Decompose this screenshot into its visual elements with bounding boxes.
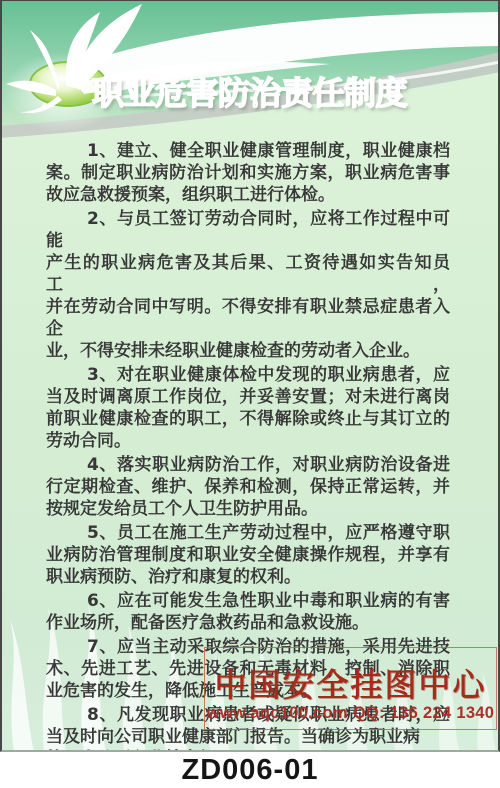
text-line: 4、落实职业病防治工作，对职业病防治设备进 <box>46 454 450 476</box>
text-line: 按规定发给员工个人卫生防护用品。 <box>46 498 450 520</box>
text-line: 业病防治管理制度和职业安全健康操作规程，并享有 <box>46 544 450 566</box>
watermark-brand-text: 中国安全挂图中心 <box>214 668 486 702</box>
watermark-contact-text: www.aqc100.com QQ: 136 224 1340 <box>207 703 495 723</box>
paragraph: 2、与员工签订劳动合同时，应将工作过程中可能产生的职业病危害及其后果、工资待遇如… <box>46 208 450 362</box>
paragraph: 1、建立、健全职业健康管理制度，职业健康档案。制定职业病防治计划和实施方案，职业… <box>46 140 450 206</box>
paragraph: 3、对在职业健康体检中发现的职业病患者，应当及时调离原工作岗位，并妥善安置；对未… <box>46 364 450 452</box>
paragraph: 4、落实职业病防治工作，对职业病防治设备进行定期检查、维护、保养和检测，保持正常… <box>46 454 450 520</box>
text-line: 5、员工在施工生产劳动过程中，应严格遵守职 <box>46 522 450 544</box>
paragraph: 5、员工在施工生产劳动过程中，应严格遵守职业病防治管理制度和职业安全健康操作规程… <box>46 522 450 588</box>
text-line: 故应急救援预案，组织职工进行体检。 <box>46 184 450 206</box>
text-line: 作业场所，配备医疗急救药品和急救设施。 <box>46 612 450 634</box>
text-line: 6、应在可能发生急性职业中毒和职业病的有害 <box>46 590 450 612</box>
text-line: 并在劳动合同中写明。不得安排有职业禁忌症患者入企 <box>46 296 450 340</box>
poster: 职业危害防治责任制度 1、建立、健全职业健康管理制度，职业健康档案。制定职业病防… <box>0 0 500 752</box>
footer-strip: ZD006-01 <box>0 752 500 788</box>
poster-canvas: 职业危害防治责任制度 1、建立、健全职业健康管理制度，职业健康档案。制定职业病防… <box>0 0 500 788</box>
text-line: 业，不得安排未经职业健康检查的劳动者入企业。 <box>46 340 450 362</box>
watermark-box: 中国安全挂图中心 www.aqc100.com QQ: 136 224 1340 <box>204 647 497 730</box>
text-line: 3、对在职业健康体检中发现的职业病患者，应 <box>46 364 450 386</box>
text-line: 1、建立、健全职业健康管理制度，职业健康档 <box>46 140 450 162</box>
poster-code: ZD006-01 <box>182 754 319 787</box>
text-line: 产生的职业病危害及其后果、工资待遇如实告知员工， <box>46 252 450 296</box>
text-line: 案。制定职业病防治计划和实施方案，职业病危害事 <box>46 162 450 184</box>
poster-title: 职业危害防治责任制度 <box>92 68 407 114</box>
text-line: 当及时调离原工作岗位，并妥善安置；对未进行离岗 <box>46 386 450 408</box>
text-line: 行定期检查、维护、保养和检测，保持正常运转，并 <box>46 476 450 498</box>
text-line: 2、与员工签订劳动合同时，应将工作过程中可能 <box>46 208 450 252</box>
text-line: 职业病预防、治疗和康复的权利。 <box>46 566 450 588</box>
paragraph: 6、应在可能发生急性职业中毒和职业病的有害作业场所，配备医疗急救药品和急救设施。 <box>46 590 450 634</box>
text-line: 前职业健康检查的职工，不得解除或终止与其订立的 <box>46 408 450 430</box>
text-line: 劳动合同。 <box>46 430 450 452</box>
